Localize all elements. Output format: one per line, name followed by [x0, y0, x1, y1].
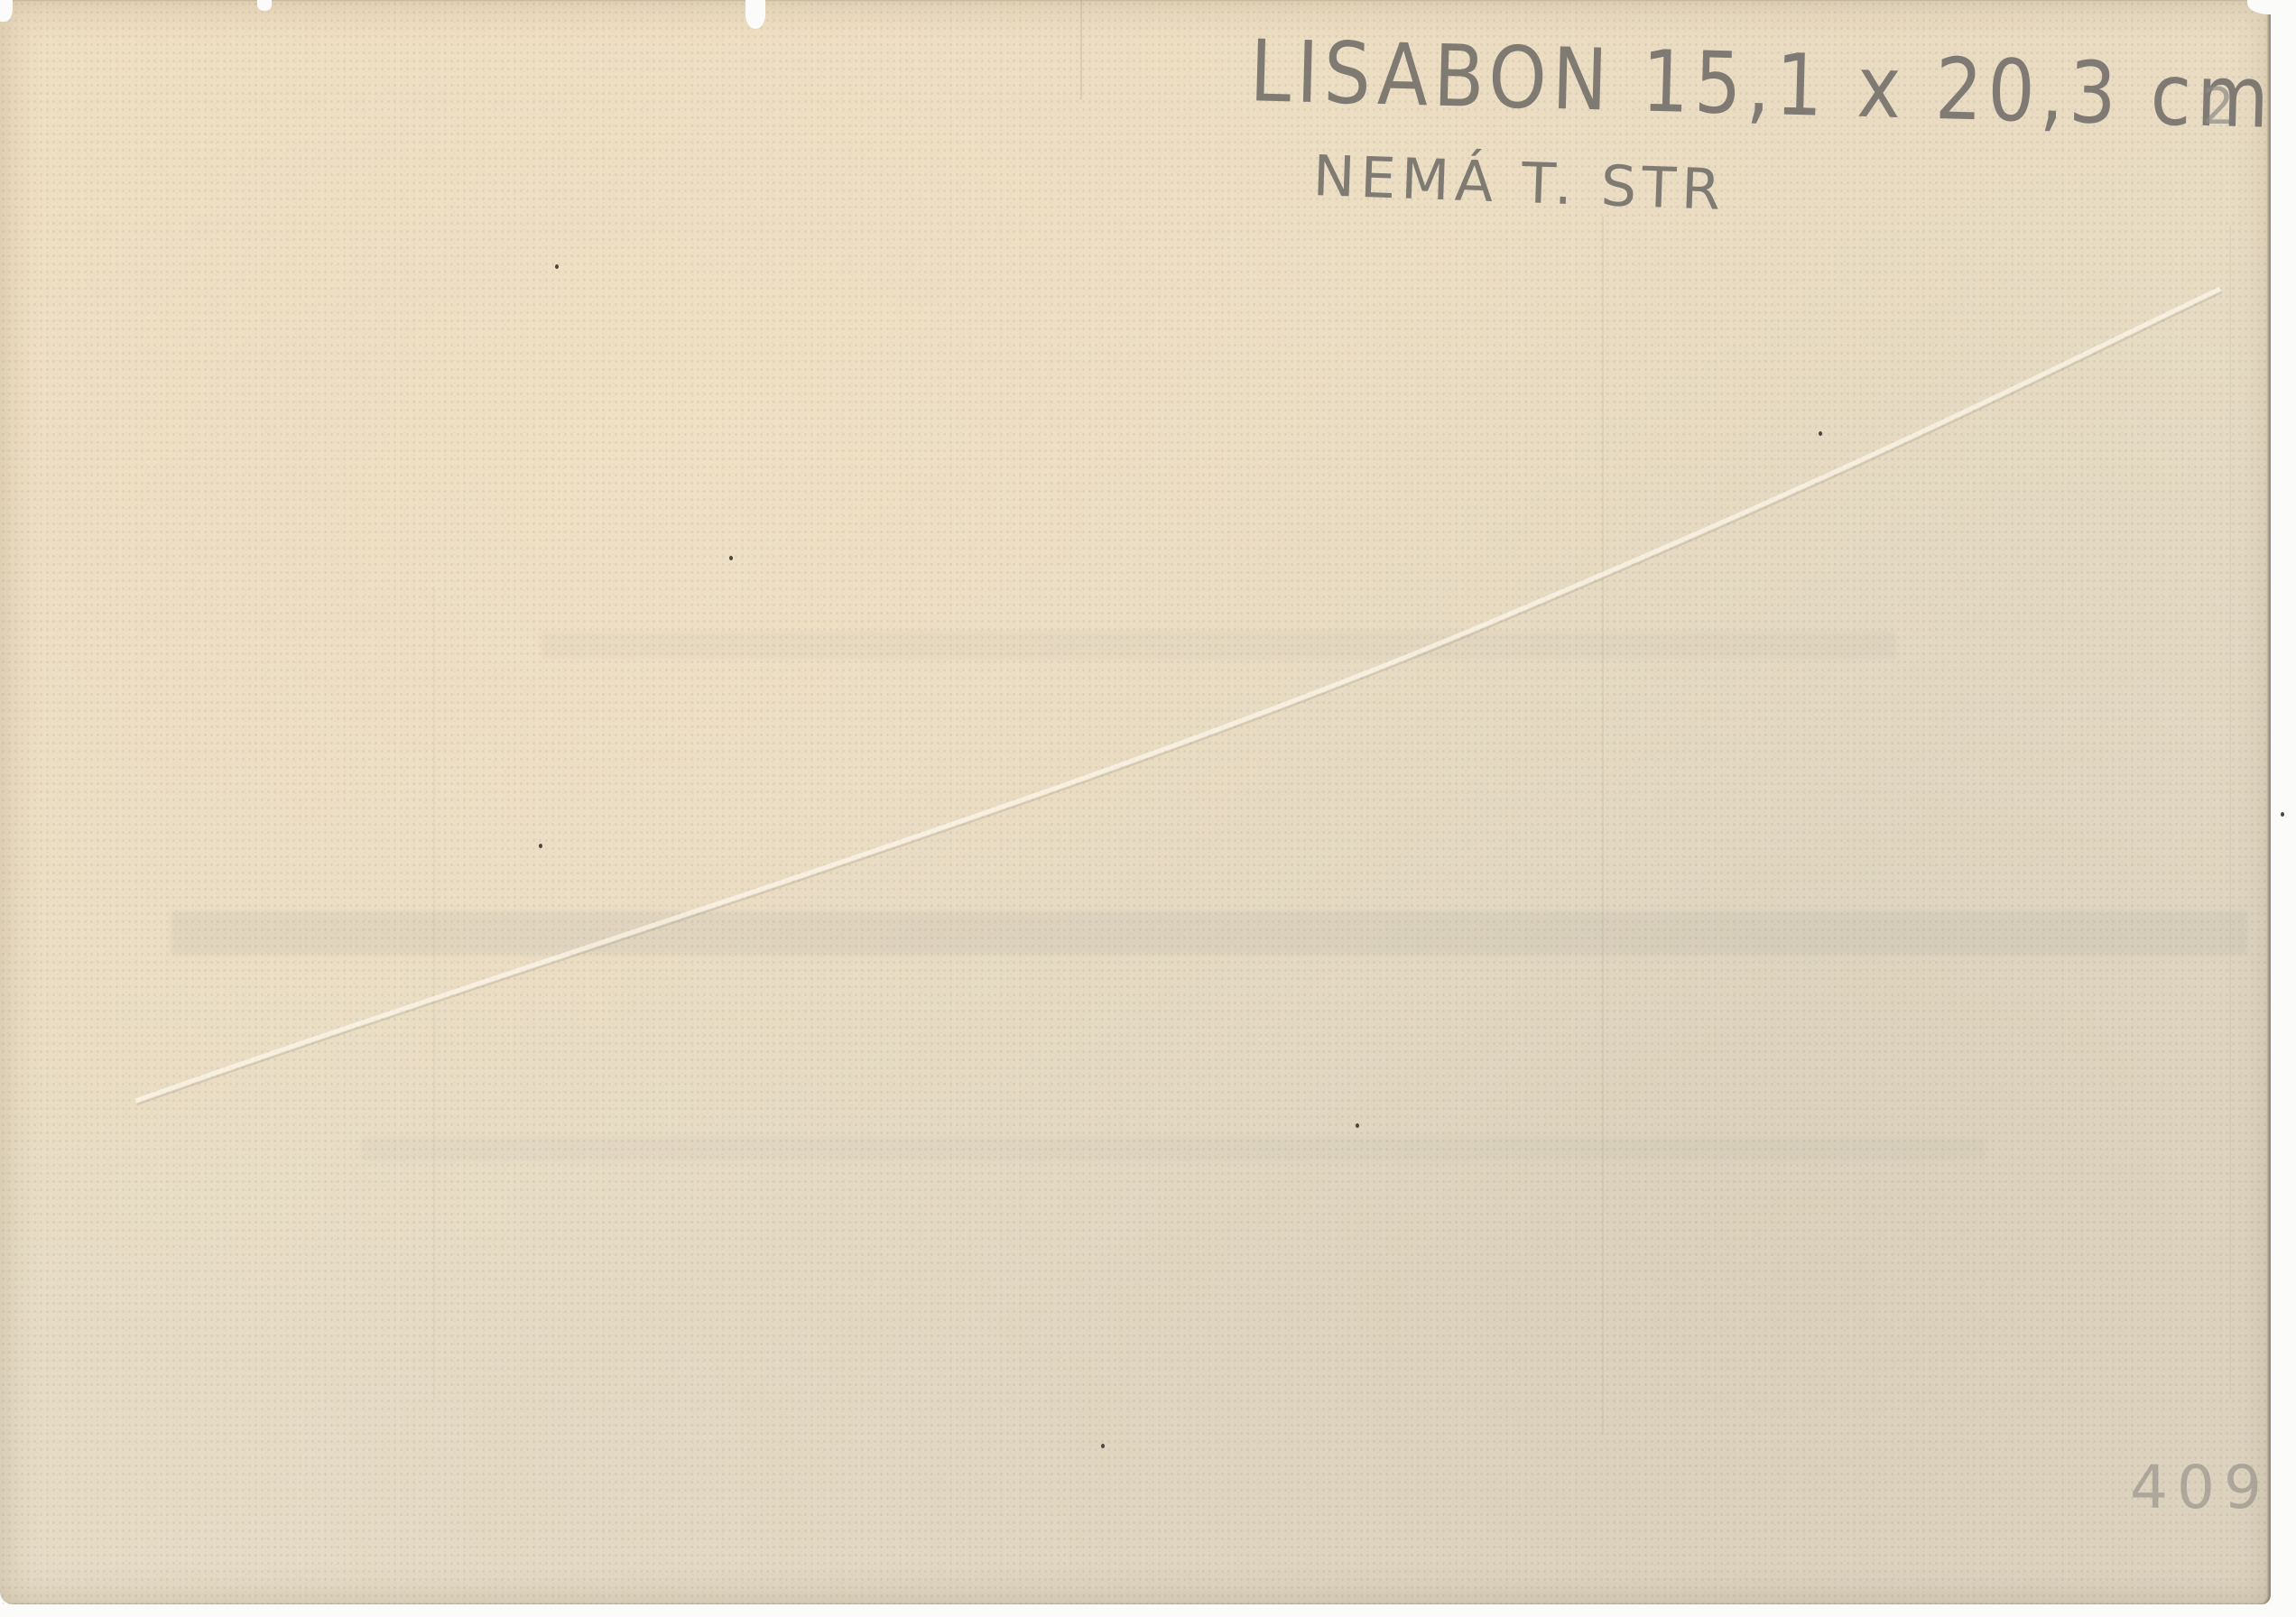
top-edge-tear	[257, 0, 272, 11]
paper-speck	[539, 844, 542, 848]
corner-pencil-note: 409	[2130, 1453, 2271, 1522]
paper-speck	[729, 556, 733, 560]
page-number: 2	[2202, 78, 2240, 136]
show-through-band	[542, 632, 1895, 659]
vertical-show-through-line	[433, 587, 435, 1399]
vertical-show-through-line	[1602, 217, 1604, 1435]
scan-area: LISABON 15,1 x 20,3 cm NEMÁ T. STR 2 409	[0, 0, 2296, 1617]
vertical-crease	[1080, 0, 1082, 99]
paper-speck	[1356, 1123, 1359, 1128]
show-through-band	[361, 1137, 1986, 1160]
paper-speck	[2281, 812, 2284, 817]
vertical-show-through-line	[2229, 226, 2231, 1399]
top-edge-tear	[745, 0, 765, 29]
pencil-note-subtitle: NEMÁ T. STR	[1312, 143, 1727, 223]
diagonal-fold-crease	[0, 0, 2271, 1604]
top-right-corner-tear	[2247, 0, 2274, 14]
paper-sheet: LISABON 15,1 x 20,3 cm NEMÁ T. STR 2 409	[0, 0, 2271, 1604]
pencil-note-title-dimensions: LISABON 15,1 x 20,3 cm	[1249, 23, 2276, 148]
paper-speck	[1819, 431, 1822, 436]
show-through-band	[171, 911, 2247, 955]
paper-speck	[1101, 1444, 1105, 1448]
top-edge-tear	[0, 0, 13, 22]
paper-speck	[555, 264, 559, 269]
